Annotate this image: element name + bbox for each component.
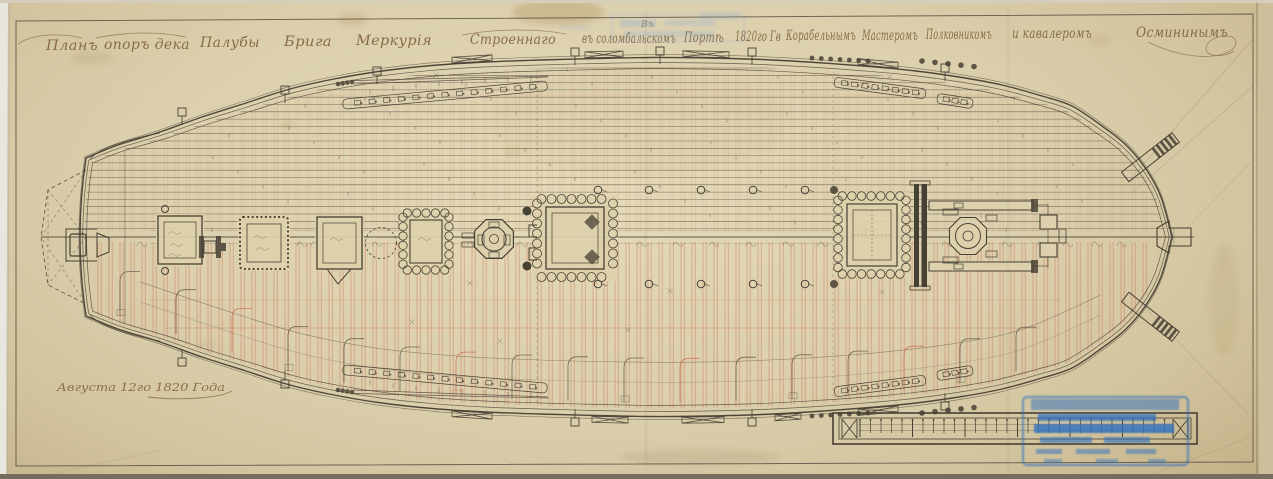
bitt-post (922, 184, 928, 287)
stamp-text-row (1126, 449, 1156, 454)
band-cleat (862, 83, 869, 88)
band-outline (936, 365, 973, 381)
ringbolt-hook (602, 284, 607, 286)
deck-ringbolt (697, 186, 705, 194)
title-word: и кавалеромъ (1012, 26, 1092, 42)
bitt-post (914, 184, 919, 287)
ship-deck-plan-scan: Планъопоръ декаПалубыБригаМеркуріяСтроен… (0, 0, 1273, 479)
title-word: Осмининымъ (1136, 25, 1228, 41)
title-word: Планъ (45, 38, 98, 54)
title-word: Мастеромъ (861, 28, 918, 44)
fore-hatch (830, 186, 910, 288)
band-cleat (952, 370, 959, 375)
deck-plan-drawing: Планъопоръ декаПалубыБригаМеркуріяСтроен… (0, 0, 1273, 479)
band-cleat (500, 87, 506, 92)
gunport-flag (178, 108, 186, 116)
ringbolt-hook (705, 190, 710, 192)
ringbolt-hook (705, 284, 710, 286)
capstan-drumhead (475, 220, 514, 259)
station-mark (746, 242, 756, 247)
scale-tick-head (859, 419, 861, 421)
rigging-guide-line (1128, 40, 1252, 182)
faded-stamp-text (665, 20, 715, 26)
band-outline (834, 77, 927, 99)
band-cleat (872, 84, 879, 89)
band-cleat (398, 372, 404, 377)
companion-hood (327, 269, 351, 284)
winch-drum (204, 241, 216, 253)
band-cleat (384, 371, 390, 376)
rail-bead (345, 80, 350, 85)
scan-edge-top (0, 0, 1273, 3)
cathead-port (1122, 133, 1180, 182)
hanging-knee (456, 352, 476, 396)
title-word: Брига (283, 34, 332, 50)
band-cleat (882, 382, 889, 387)
scale-tick-head (933, 419, 935, 421)
pencil-cross (498, 339, 503, 344)
rail-bead (819, 413, 824, 418)
band-cleat (961, 99, 968, 104)
stamp-text-row (1104, 437, 1150, 443)
rail-bead (336, 82, 341, 87)
windlass-chock (986, 215, 997, 221)
scale-tick-head (985, 419, 987, 421)
gunport-flag (571, 418, 579, 426)
rail-bead (810, 414, 815, 419)
knee-foot (285, 364, 293, 370)
rail-bead (819, 56, 824, 61)
bitt-square (1040, 215, 1057, 229)
knee-foot (117, 310, 125, 316)
rail-bead (340, 81, 345, 86)
winch-flange (216, 236, 221, 258)
stamp-text-row (1044, 459, 1062, 463)
hanging-knee (624, 358, 644, 402)
grating-hatch (399, 209, 453, 274)
band-cleat (952, 98, 959, 103)
title-word: опоръ дека (104, 37, 190, 53)
title-word: Строеннаго (470, 32, 556, 48)
windlass-chock (986, 251, 997, 257)
station-mark (1092, 242, 1102, 247)
companion-hatch (156, 206, 204, 275)
mast-sheave (523, 262, 532, 271)
band-cleat (456, 378, 462, 383)
band-cleat (882, 86, 889, 91)
ringbolt-hook (602, 190, 607, 192)
structure-field (238, 215, 290, 271)
band-cleat (383, 98, 389, 103)
band-cleat (442, 376, 448, 381)
stamp-text-row (1031, 399, 1179, 410)
galley-hatch (238, 215, 290, 271)
band-cleat (902, 380, 909, 385)
gunport-flag (571, 48, 579, 56)
ringbolt-dark (830, 280, 838, 288)
rail-bead (838, 57, 843, 62)
rail-bead (932, 60, 938, 66)
channel-segment (682, 417, 724, 424)
rail-bead (828, 57, 833, 62)
scan-edge-bottom (0, 474, 1273, 479)
scale-tick-head (891, 419, 893, 421)
rail-bead (345, 389, 350, 394)
winch-pawl (221, 243, 226, 251)
title-word: Полковникомъ (925, 27, 992, 43)
faded-stamp-text (620, 20, 656, 27)
heel-chock (1059, 229, 1066, 243)
pinrail-band (936, 365, 973, 381)
windlass-rail (929, 262, 1033, 271)
date-note-text: Августа 12го 1820 Года (56, 380, 225, 394)
rail-bead (350, 390, 355, 395)
band-cleat (841, 388, 848, 393)
scale-tick-head (964, 419, 966, 421)
bitt-square (1040, 243, 1057, 257)
stain (620, 449, 780, 465)
stove-pipe-circle (366, 228, 397, 259)
stain (280, 121, 294, 129)
scale-end-cap (1173, 419, 1188, 438)
rigging-guide-line (1133, 86, 1253, 192)
stamp-text-row (1036, 449, 1062, 454)
station-mark (673, 242, 683, 247)
ringbolt-dark (830, 186, 838, 194)
knee-foot (789, 393, 797, 399)
cathead-beam (1122, 133, 1180, 182)
deck-ringbolt (697, 280, 705, 288)
title-word: Корабельнымъ (785, 28, 856, 44)
faded-stamp-text (624, 31, 714, 37)
station-mark (1117, 242, 1127, 247)
scale-tick-head (880, 419, 882, 421)
deck-ringbolt (594, 186, 602, 194)
stamp-text-row (1040, 437, 1092, 443)
rail-cap (1031, 199, 1038, 212)
scale-tick-head (954, 419, 956, 421)
channel-segment (592, 416, 628, 423)
deck-structures (156, 181, 1066, 290)
stain (512, 0, 604, 25)
gunport-flag (748, 418, 756, 426)
rail-cap (1031, 260, 1038, 273)
pinrail-band (834, 77, 927, 99)
band-cleat (369, 99, 375, 104)
title-word: 1820го Гв (735, 29, 781, 45)
band-outline (936, 93, 973, 109)
scale-tick-head (1017, 419, 1019, 421)
station-mark (297, 242, 307, 247)
stamp-text-row (1148, 459, 1166, 463)
stamp-text-row (1038, 414, 1156, 421)
pencil-cross (410, 320, 415, 325)
scale-tick-head (870, 419, 872, 421)
stamp-text-row (1096, 459, 1118, 463)
band-cleat (369, 370, 375, 375)
windlass (929, 199, 1048, 273)
rail-bead (847, 58, 852, 63)
channel-segment (775, 413, 801, 421)
scale-tick-head (975, 419, 977, 421)
structure-field (315, 215, 364, 271)
band-cleat (354, 368, 360, 373)
scale-tick-head (901, 419, 903, 421)
rail-bead (350, 80, 355, 85)
winch-flange (199, 236, 204, 258)
windlass-rail (929, 201, 1033, 210)
band-cleat (872, 384, 879, 389)
band-cleat (902, 88, 909, 93)
station-mark (517, 242, 527, 247)
riding-bitts (910, 181, 930, 290)
rail-bead (971, 405, 977, 411)
capstan (462, 220, 513, 259)
rail-bead (971, 64, 977, 70)
scale-tick-head (996, 419, 998, 421)
stain (1209, 245, 1239, 355)
mast-sheave (523, 207, 532, 216)
title-word: Меркурія (355, 33, 432, 49)
rail-bead (958, 406, 964, 412)
gunport-flag (656, 47, 664, 55)
rail-bead (336, 388, 341, 393)
scan-edge-right (1259, 0, 1273, 479)
title-word: Палубы (199, 35, 260, 51)
pencil-cross (434, 73, 439, 78)
hanging-knee (680, 358, 700, 402)
knee-foot (621, 396, 629, 402)
pinrail-band (936, 93, 973, 109)
scale-tick-head (943, 419, 945, 421)
channel-segment (683, 51, 729, 58)
rail-bead (919, 58, 925, 64)
stain (337, 14, 367, 26)
station-mark (372, 242, 382, 247)
ringbolt-hook (653, 190, 658, 192)
scale-end-cap (842, 419, 857, 438)
scale-tick-head (922, 419, 924, 421)
channel-segment (585, 51, 623, 58)
hanging-knee (512, 355, 532, 399)
band-cleat (961, 369, 968, 374)
faded-stamp-text (700, 12, 740, 20)
rail-bead (958, 62, 964, 68)
main-hatch (523, 195, 618, 282)
ringbolt-hook (653, 284, 658, 286)
hanging-knee (232, 309, 252, 353)
station-mark (783, 242, 793, 247)
station-mark (818, 242, 828, 247)
band-cleat (841, 80, 848, 85)
bow-details (1122, 40, 1253, 414)
rail-bead (340, 388, 345, 393)
stamp-text-row (1034, 424, 1174, 433)
rail-bead (810, 56, 815, 61)
band-cleat (413, 374, 419, 379)
deck-ringbolt (594, 280, 602, 288)
knee-foot (453, 390, 461, 396)
stamp-text-row (1076, 449, 1110, 454)
scale-tick-head (1027, 419, 1029, 421)
band-cleat (861, 385, 868, 390)
faded-stamp-text (560, 25, 590, 30)
scale-tick-head (1164, 419, 1166, 421)
scale-tick-head (912, 419, 914, 421)
band-cleat (500, 382, 506, 387)
rigging-guide-line (1185, 160, 1253, 230)
gunport-flag (748, 48, 756, 56)
rudder-head (66, 229, 109, 261)
blue-archive-stamp (1023, 397, 1188, 465)
gunport-flag (178, 358, 186, 366)
